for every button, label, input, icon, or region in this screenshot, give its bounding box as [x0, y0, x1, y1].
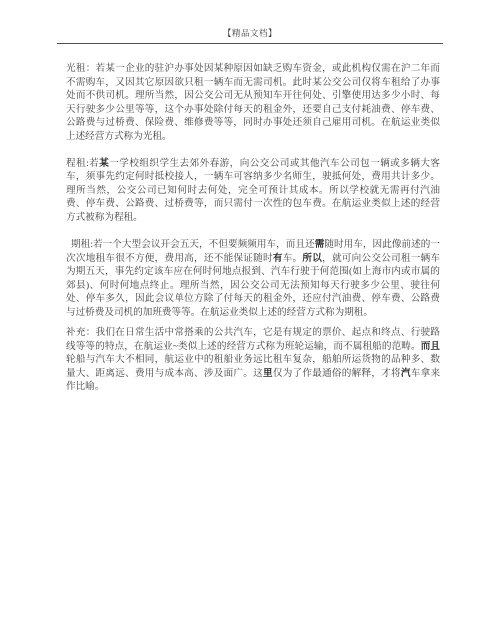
paragraph-supplement: 补充：我们在日常生活中常搭乘的公共汽车，它是有规定的票价、起点和终点、行驶路线等… — [66, 326, 440, 394]
paragraph-time-charter: 期租:若一个大型会议开会五天，不但要频频用车，而且还需随时用车，因此像前述的一次… — [66, 238, 440, 319]
text-run: 一学校组织学生去郊外春游，向公交公司或其他汽车公司包一辆或多辆大客车，须事先约定… — [66, 158, 440, 223]
text-run-bold: 汽 — [401, 368, 411, 379]
text-run-bold: 有 — [273, 253, 283, 264]
text-run-bold: 而且 — [421, 341, 440, 352]
paragraph-voyage-charter: 程租:若某一学校组织学生去郊外春游，向公交公司或其他汽车公司包一辆或多辆大客车，… — [66, 157, 440, 225]
paragraph-bare-boat-charter: 光租：若某一企业的驻沪办事处因某种原因如缺乏购车资金，或此机构仅需在沪二年而不需… — [66, 62, 440, 143]
text-run-bold: 某 — [99, 158, 109, 169]
text-run: 程租:若 — [66, 158, 99, 169]
text-run-bold: 里 — [263, 368, 273, 379]
text-run-bold: 所以 — [302, 253, 322, 264]
text-run: 车。 — [283, 253, 303, 264]
text-run: 期租:若一个大型会议开会五天，不但要频频用车，而且还 — [71, 239, 315, 250]
text-run-bold: 需 — [315, 239, 325, 250]
text-run: 补充：我们在日常生活中常搭乘的公共汽车，它是有规定的票价、起点和终点、行驶路线等… — [66, 327, 440, 352]
document-page: 【精品文档】 光租：若某一企业的驻沪办事处因某种原因如缺乏购车资金，或此机构仅需… — [0, 0, 500, 637]
document-body: 光租：若某一企业的驻沪办事处因某种原因如缺乏购车资金，或此机构仅需在沪二年而不需… — [66, 62, 440, 408]
text-run: 光租：若某一企业的驻沪办事处因某种原因如缺乏购车资金，或此机构仅需在沪二年而不需… — [66, 63, 440, 142]
document-header: 【精品文档】 — [57, 27, 443, 44]
header-title: 【精品文档】 — [223, 28, 277, 38]
text-run: 仅为了作最通俗的解释，才将 — [273, 368, 401, 379]
